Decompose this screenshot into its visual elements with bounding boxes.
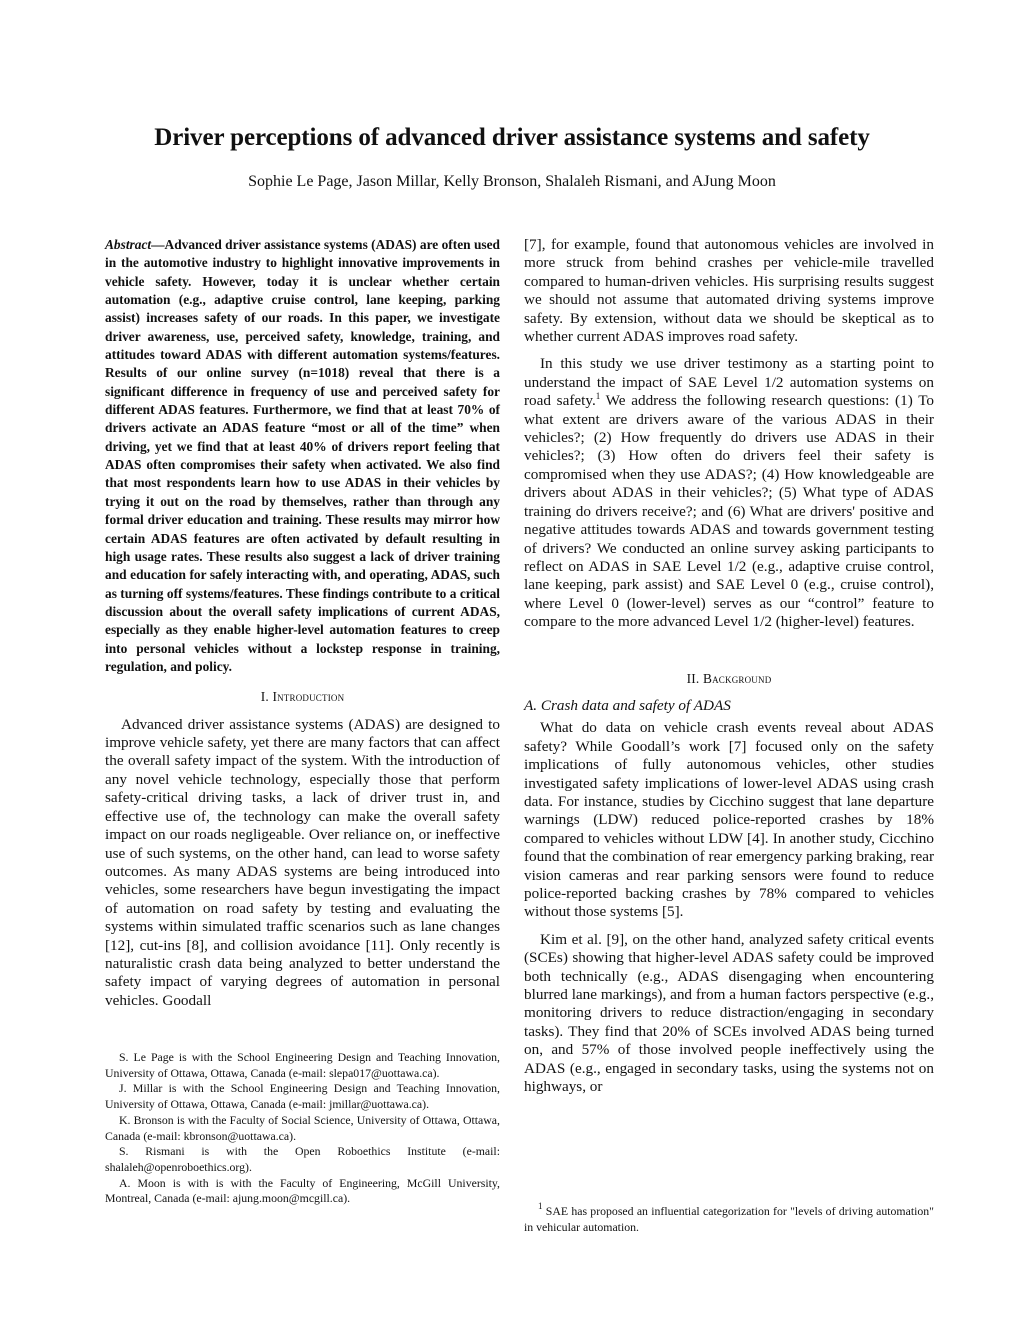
study-text-part2: We address the following research questi… <box>524 392 934 630</box>
affiliation-item: J. Millar is with the School Engineering… <box>105 1081 500 1112</box>
affiliation-item: A. Moon is with is with the Faculty of E… <box>105 1176 500 1207</box>
subsection-heading-crash-data: A. Crash data and safety of ADAS <box>524 697 934 715</box>
paper-title: Driver perceptions of advanced driver as… <box>0 124 1024 152</box>
author-affiliations: S. Le Page is with the School Engineerin… <box>105 1050 500 1207</box>
background-paragraph: Kim et al. [9], on the other hand, analy… <box>524 931 934 1097</box>
affiliation-item: K. Bronson is with the Faculty of Social… <box>105 1113 500 1144</box>
left-column: Abstract—Advanced driver assistance syst… <box>105 236 500 1010</box>
abstract: Abstract—Advanced driver assistance syst… <box>105 236 500 676</box>
author-list: Sophie Le Page, Jason Millar, Kelly Bron… <box>0 173 1024 191</box>
footnote: 1 SAE has proposed an influential catego… <box>524 1204 934 1235</box>
background-paragraph: What do data on vehicle crash events rev… <box>524 719 934 921</box>
intro-paragraph: Advanced driver assistance systems (ADAS… <box>105 716 500 1011</box>
study-paragraph: In this study we use driver testimony as… <box>524 355 934 631</box>
intro-continued-paragraph: [7], for example, found that autonomous … <box>524 236 934 346</box>
section-heading-background: II. Background <box>524 670 934 688</box>
affiliation-item: S. Rismani is with the Open Roboethics I… <box>105 1144 500 1175</box>
footnote-text: SAE has proposed an influential categori… <box>524 1204 934 1234</box>
abstract-label: Abstract <box>105 237 151 252</box>
right-column: [7], for example, found that autonomous … <box>524 236 934 1096</box>
abstract-text: Advanced driver assistance systems (ADAS… <box>105 237 500 674</box>
affiliation-item: S. Le Page is with the School Engineerin… <box>105 1050 500 1081</box>
abstract-dash: — <box>151 237 164 252</box>
section-heading-introduction: I. Introduction <box>105 688 500 706</box>
